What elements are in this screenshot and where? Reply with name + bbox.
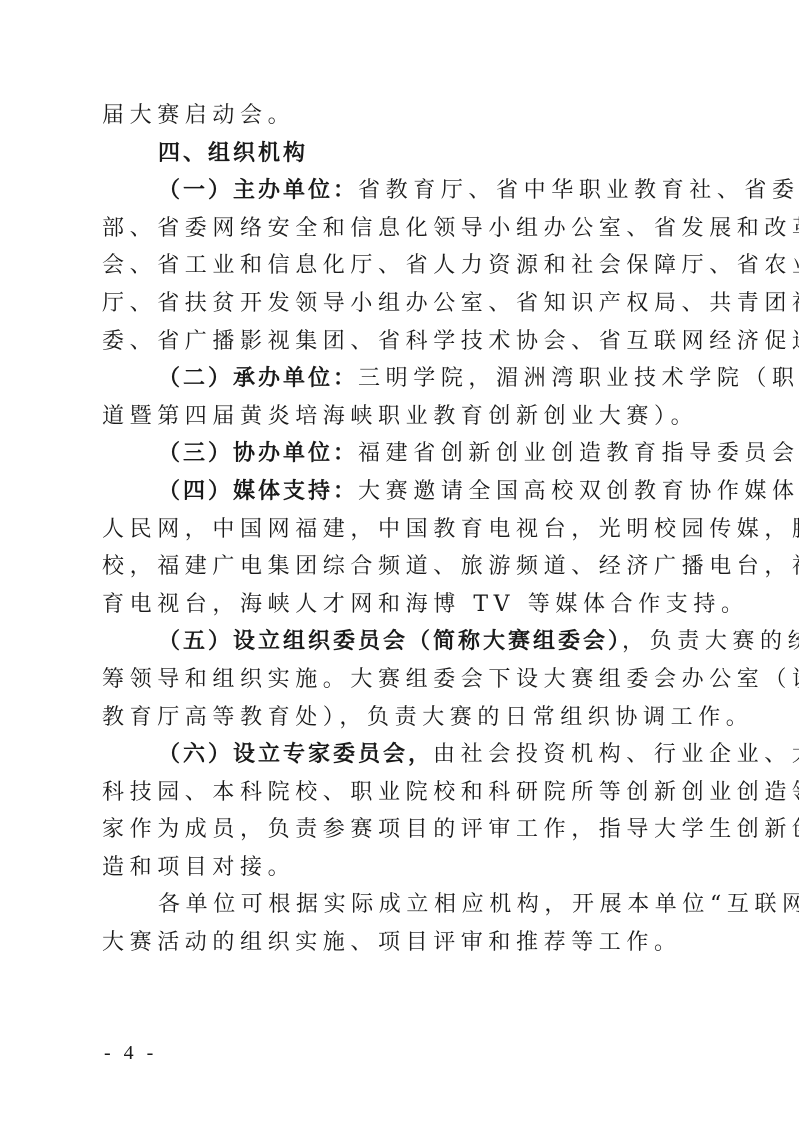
item-label-co-organizer: （三）协办单位： (158, 441, 358, 466)
item-organizer-line-5: 委、省广播影视集团、省科学技术协会、省互联网经济促进会。 (102, 323, 694, 361)
item-host-line-2: 道暨第四届黄炎培海峡职业教育创新创业大赛）。 (102, 398, 694, 436)
item-experts-line-4: 造和项目对接。 (102, 849, 694, 887)
item-label-organizer: （一）主办单位： (158, 178, 358, 203)
item-media-line-1: （四）媒体支持：大赛邀请全国高校双创教育协作媒体联盟， (102, 473, 694, 511)
item-committee-line-1: （五）设立组织委员会（简称大赛组委会），负责大赛的统 (102, 623, 694, 661)
item-experts-line-1: （六）设立专家委员会，由社会投资机构、行业企业、大学 (102, 736, 694, 774)
item-label-host: （二）承办单位： (158, 366, 358, 391)
page-number: - 4 - (104, 1042, 157, 1065)
item-co-organizer-line-1: （三）协办单位：福建省创新创业创造教育指导委员会。 (102, 435, 694, 473)
item-organizer-line-2: 部、省委网络安全和信息化领导小组办公室、省发展和改革委员 (102, 210, 694, 248)
item-media-line-2: 人民网，中国网福建，中国教育电视台，光明校园传媒，腾讯微 (102, 511, 694, 549)
item-experts-line-2: 科技园、本科院校、职业院校和科研院所等创新创业创造领域专 (102, 774, 694, 812)
item-host-line-1: （二）承办单位：三明学院，湄洲湾职业技术学院（职教赛 (102, 360, 694, 398)
continuation-line: 届大赛启动会。 (102, 97, 694, 135)
item-label-experts: （六）设立专家委员会， (158, 742, 433, 767)
section-heading: 四、组织机构 (102, 135, 694, 173)
item-label-committee: （五）设立组织委员会（简称大赛组委会） (158, 629, 622, 654)
item-media-line-3: 校，福建广电集团综合频道、旅游频道、经济广播电台，福建教 (102, 548, 694, 586)
closing-line-1: 各单位可根据实际成立相应机构，开展本单位“互联网+” (102, 886, 694, 924)
item-organizer-line-4: 厅、省扶贫开发领导小组办公室、省知识产权局、共青团福建省 (102, 285, 694, 323)
item-label-media: （四）媒体支持： (158, 479, 358, 504)
item-committee-line-3: 教育厅高等教育处），负责大赛的日常组织协调工作。 (102, 699, 694, 737)
item-media-line-4: 育电视台，海峡人才网和海博 TV 等媒体合作支持。 (102, 586, 694, 624)
item-experts-line-3: 家作为成员，负责参赛项目的评审工作，指导大学生创新创业创 (102, 811, 694, 849)
document-page: 届大赛启动会。 四、组织机构 （一）主办单位：省教育厅、省中华职业教育社、省委统… (102, 97, 694, 962)
item-organizer-line-1: （一）主办单位：省教育厅、省中华职业教育社、省委统战 (102, 172, 694, 210)
closing-line-2: 大赛活动的组织实施、项目评审和推荐等工作。 (102, 924, 694, 962)
item-organizer-line-3: 会、省工业和信息化厅、省人力资源和社会保障厅、省农业农村 (102, 247, 694, 285)
item-committee-line-2: 筹领导和组织实施。大赛组委会下设大赛组委会办公室（设在省 (102, 661, 694, 699)
